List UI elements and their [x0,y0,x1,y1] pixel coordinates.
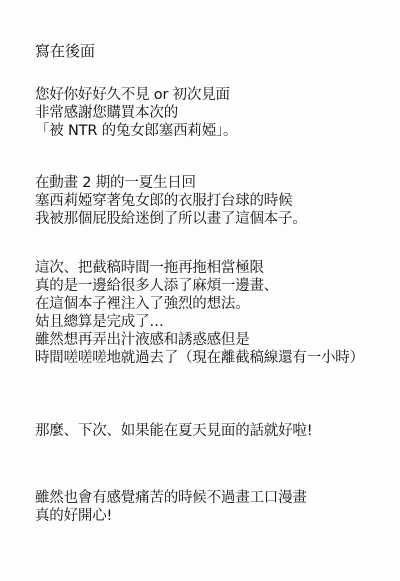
text-line: 這次、把截稿時間一拖再拖相當極限 [35,259,364,277]
text-line: 真的是一邊給很多人添了麻煩一邊畫、 [35,277,364,295]
text-line: 「被 NTR 的兔女郎塞西莉婭」。 [35,122,237,140]
inspiration-paragraph: 在動畫 2 期的一夏生日回 塞西莉婭穿著兔女郎的衣服打台球的時候 我被那個屁股給… [35,174,307,228]
page-title: 寫在後面 [35,42,95,60]
text-line: 非常感謝您購買本次的 [35,104,237,122]
afterword-page: 寫在後面 您好你好好久不見 or 初次見面 非常感謝您購買本次的 「被 NTR … [0,0,400,581]
text-line: 我被那個屁股給迷倒了所以畫了這個本子。 [35,210,307,228]
farewell-paragraph: 那麼、下次、如果能在夏天見面的話就好啦! [35,422,312,440]
text-line: 雖然想再弄出汁液感和誘惑感但是 [35,331,364,349]
text-line: 在這個本子裡注入了強烈的想法。 [35,295,364,313]
text-line: 真的好開心! [35,507,307,525]
text-line: 塞西莉婭穿著兔女郎的衣服打台球的時候 [35,192,307,210]
text-line: 那麼、下次、如果能在夏天見面的話就好啦! [35,422,312,440]
text-line: 在動畫 2 期的一夏生日回 [35,174,307,192]
closing-paragraph: 雖然也會有感覺痛苦的時候不過畫工口漫畫 真的好開心! [35,489,307,525]
text-line: 您好你好好久不見 or 初次見面 [35,86,237,104]
greeting-paragraph: 您好你好好久不見 or 初次見面 非常感謝您購買本次的 「被 NTR 的兔女郎塞… [35,86,237,140]
text-line: 時間嗟嗟嗟地就過去了（現在離截稿線還有一小時） [35,349,364,367]
deadline-paragraph: 這次、把截稿時間一拖再拖相當極限 真的是一邊給很多人添了麻煩一邊畫、 在這個本子… [35,259,364,367]
text-line: 雖然也會有感覺痛苦的時候不過畫工口漫畫 [35,489,307,507]
text-line: 姑且總算是完成了… [35,313,364,331]
